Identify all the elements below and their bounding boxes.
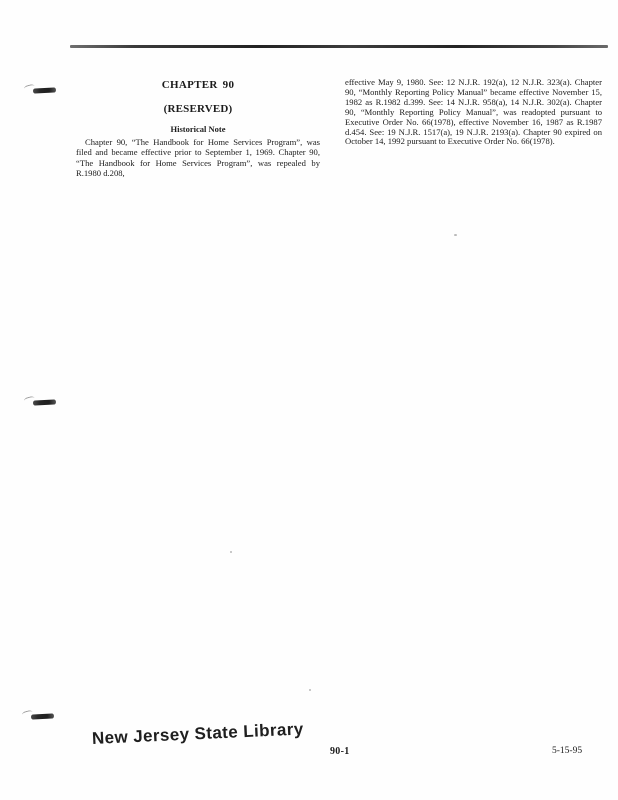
page-number: 90-1 xyxy=(330,746,350,757)
right-column: effective May 9, 1980. See: 12 N.J.R. 19… xyxy=(345,78,602,147)
chapter-heading: CHAPTER 90 xyxy=(76,79,320,91)
historical-note-text: Chapter 90, “The Handbook for Home Servi… xyxy=(76,137,320,178)
historical-note-continuation: effective May 9, 1980. See: 12 N.J.R. 19… xyxy=(345,78,602,147)
library-stamp: New Jersey State Library xyxy=(92,719,305,749)
scan-speck xyxy=(454,234,457,236)
scan-speck xyxy=(309,689,311,691)
binding-mark xyxy=(33,87,56,93)
binding-mark xyxy=(31,713,54,719)
top-rule xyxy=(70,45,608,48)
scan-speck xyxy=(230,551,232,553)
historical-note-heading: Historical Note xyxy=(76,124,320,134)
left-column: CHAPTER 90 (RESERVED) Historical Note Ch… xyxy=(76,79,320,178)
reserved-heading: (RESERVED) xyxy=(76,103,320,115)
footer-date: 5-15-95 xyxy=(552,746,582,756)
binding-mark xyxy=(33,399,56,405)
document-page: CHAPTER 90 (RESERVED) Historical Note Ch… xyxy=(0,0,618,800)
